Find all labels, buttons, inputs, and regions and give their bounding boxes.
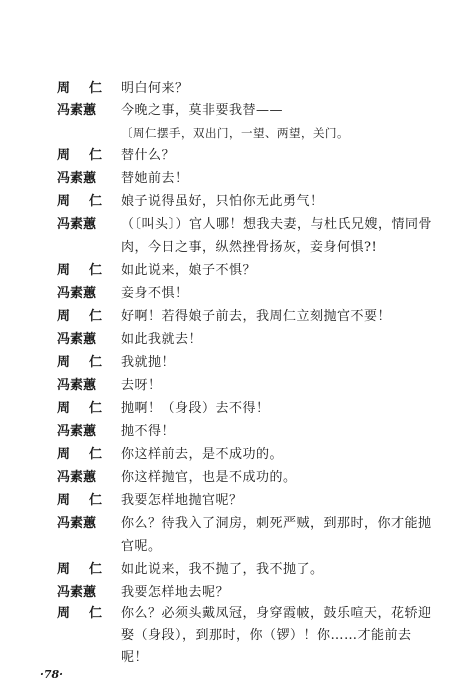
dialogue-line: 冯素蕙 你么？待我入了洞房，刺死严贼，到那时，你才能抛: [0, 513, 469, 535]
speaker-name: 冯素蕙: [57, 582, 117, 604]
dialogue-text: 我要怎样地抛官呢？: [121, 490, 243, 512]
dialogue-text: 如此我就去！: [121, 329, 202, 351]
speaker-name: 冯素蕙: [57, 513, 117, 535]
dialogue-line: 冯素蕙 如此我就去！: [0, 329, 469, 351]
dialogue-text: 替她前去！: [121, 168, 189, 190]
dialogue-line: 冯素蕙 （〔叫头〕）官人哪！想我夫妻，与杜氏兄嫂，情同骨: [0, 214, 469, 236]
dialogue-line: 周仁 你么？必须头戴凤冠，身穿霞帔，鼓乐喧天，花轿迎: [0, 603, 469, 625]
dialogue-text: 去呀！: [121, 375, 162, 397]
dialogue-text: 今晚之事，莫非要我替——: [121, 100, 283, 122]
dialogue-text: 肉，今日之事，纵然挫骨扬灰，妾身何惧?!: [121, 237, 377, 259]
dialogue-continuation: 娶（身段），到那时，你（锣）！你……才能前去: [0, 625, 469, 647]
speaker-name: 冯素蕙: [57, 467, 117, 489]
dialogue-line: 周仁 抛啊！（身段）去不得！: [0, 398, 469, 420]
page-number: ·78·: [40, 668, 63, 681]
dialogue-text: 抛不得！: [121, 421, 175, 443]
dialogue-text: 你么？必须头戴凤冠，身穿霞帔，鼓乐喧天，花轿迎: [121, 603, 432, 625]
dialogue-line: 周仁 如此说来，娘子不惧？: [0, 260, 469, 282]
speaker-name: 冯素蕙: [57, 375, 117, 397]
stage-direction-line: 〔周仁摆手，双出门，一望、两望，关门。: [0, 122, 469, 144]
dialogue-text: 你这样前去，是不成功的。: [121, 444, 283, 466]
dialogue-text: 如此说来，我不抛了，我不抛了。: [121, 559, 324, 581]
dialogue-continuation: 官呢。: [0, 536, 469, 558]
dialogue-line: 冯素蕙 我要怎样地去呢？: [0, 582, 469, 604]
dialogue-text: 如此说来，娘子不惧？: [121, 260, 256, 282]
dialogue-text: 我要怎样地去呢？: [121, 582, 229, 604]
dialogue-line: 周仁 好啊！若得娘子前去，我周仁立刻抛官不要！: [0, 306, 469, 328]
dialogue-text: 好啊！若得娘子前去，我周仁立刻抛官不要！: [121, 306, 391, 328]
speaker-name: 冯素蕙: [57, 214, 117, 236]
dialogue-text: 呢！: [121, 647, 148, 669]
dialogue-text: 娶（身段），到那时，你（锣）！你……才能前去: [121, 625, 412, 647]
dialogue-line: 周仁 我就抛！: [0, 352, 469, 374]
dialogue-text: 官呢。: [121, 536, 162, 558]
dialogue-line: 周仁 我要怎样地抛官呢？: [0, 490, 469, 512]
dialogue-continuation: 呢！: [0, 647, 469, 669]
dialogue-text: 你么？待我入了洞房，刺死严贼，到那时，你才能抛: [121, 513, 432, 535]
dialogue-text: （〔叫头〕）官人哪！想我夫妻，与杜氏兄嫂，情同骨: [121, 214, 432, 236]
dialogue-text: 我就抛！: [121, 352, 175, 374]
dialogue-line: 周仁 你这样前去，是不成功的。: [0, 444, 469, 466]
dialogue-line: 冯素蕙 你这样抛官，也是不成功的。: [0, 467, 469, 489]
dialogue-line: 周仁 明白何来？: [0, 78, 469, 100]
dialogue-text: 你这样抛官，也是不成功的。: [121, 467, 297, 489]
dialogue-line: 冯素蕙 今晚之事，莫非要我替——: [0, 100, 469, 122]
speaker-name: 冯素蕙: [57, 329, 117, 351]
speaker-name: 冯素蕙: [57, 100, 117, 122]
dialogue-line: 冯素蕙 妾身不惧！: [0, 283, 469, 305]
dialogue-text: 替什么？: [121, 145, 175, 167]
speaker-name: 冯素蕙: [57, 283, 117, 305]
speaker-name: 冯素蕙: [57, 421, 117, 443]
dialogue-continuation: 肉，今日之事，纵然挫骨扬灰，妾身何惧?!: [0, 237, 469, 259]
book-page: 周仁 明白何来？ 冯素蕙 今晚之事，莫非要我替—— 〔周仁摆手，双出门，一望、两…: [0, 0, 469, 690]
dialogue-line: 周仁 替什么？: [0, 145, 469, 167]
dialogue-text: 明白何来？: [121, 78, 189, 100]
dialogue-line: 周仁 如此说来，我不抛了，我不抛了。: [0, 559, 469, 581]
dialogue-text: 抛啊！（身段）去不得！: [121, 398, 270, 420]
dialogue-text: 妾身不惧！: [121, 283, 189, 305]
speaker-name: 冯素蕙: [57, 168, 117, 190]
dialogue-text: 娘子说得虽好，只怕你无此勇气！: [121, 191, 324, 213]
dialogue-line: 冯素蕙 替她前去！: [0, 168, 469, 190]
dialogue-line: 周仁 娘子说得虽好，只怕你无此勇气！: [0, 191, 469, 213]
stage-direction: 〔周仁摆手，双出门，一望、两望，关门。: [121, 122, 349, 144]
dialogue-line: 冯素蕙 抛不得！: [0, 421, 469, 443]
dialogue-line: 冯素蕙 去呀！: [0, 375, 469, 397]
